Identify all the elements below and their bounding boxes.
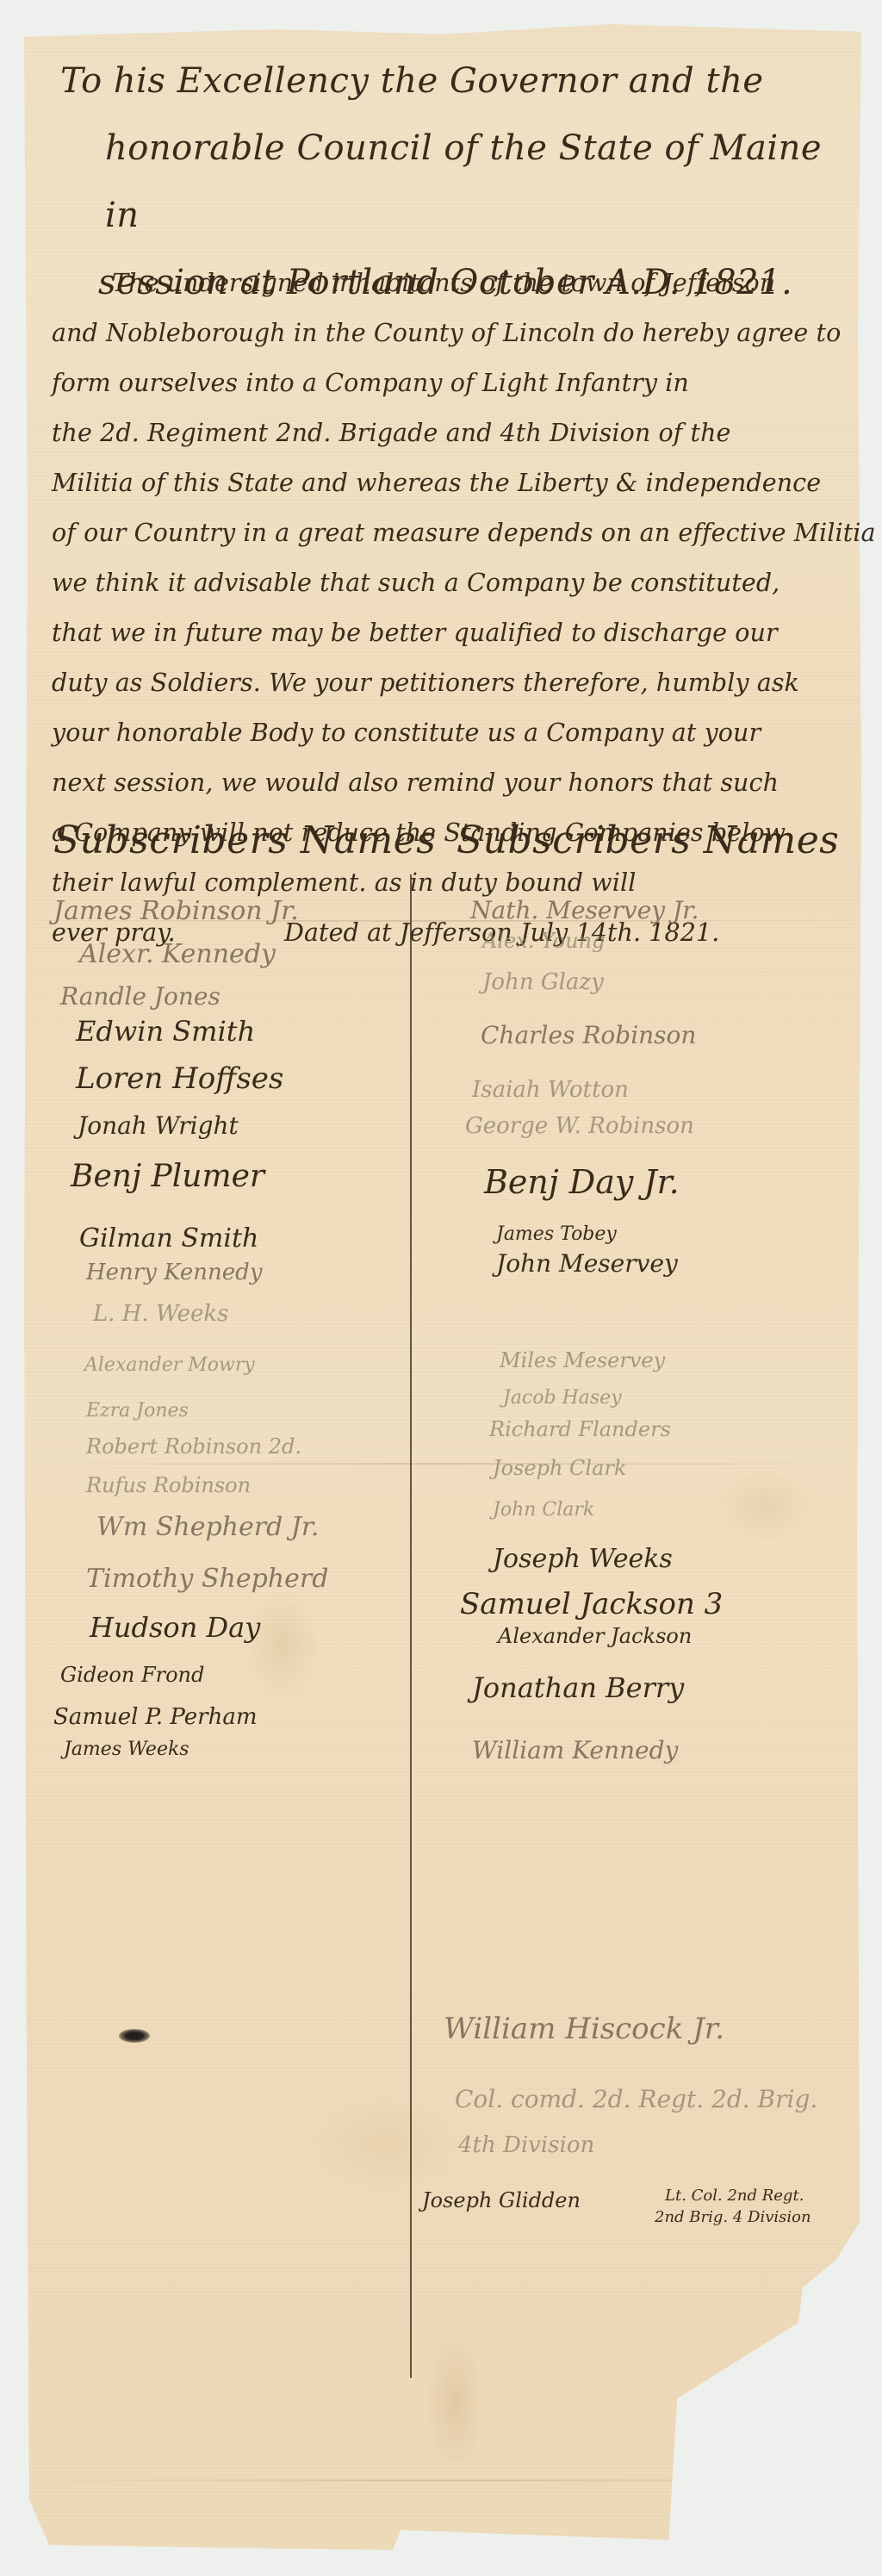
column-divider	[410, 874, 412, 2378]
ink-blot	[119, 2029, 150, 2043]
subscriber-name: John Meservey	[496, 1249, 678, 1278]
address-line: To his Excellency the Governor and the	[52, 47, 844, 115]
body-line: of our Country in a great measure depend…	[52, 508, 844, 558]
paper-fold	[24, 2480, 861, 2481]
officer-2-title-line2: 2nd Brig. 4 Division	[655, 2208, 811, 2226]
subscriber-name: Joseph Clark	[493, 1456, 626, 1480]
body-line: the 2d. Regiment 2nd. Brigade and 4th Di…	[52, 408, 844, 458]
subscriber-name: William Kennedy	[472, 1736, 678, 1764]
subscriber-name: Isaiah Wotton	[472, 1077, 629, 1103]
subscriber-name: John Clark	[493, 1499, 594, 1521]
subscriber-name: James Tobey	[496, 1223, 617, 1245]
subscriber-name: Miles Meservey	[500, 1348, 665, 1372]
subscriber-name: Wm Shepherd Jr.	[96, 1512, 319, 1542]
subscriber-name: Edwin Smith	[76, 1015, 255, 1048]
subscriber-name: Jacob Hasey	[503, 1387, 622, 1409]
address-line-2: honorable Council of the State of Maine …	[105, 128, 822, 235]
subscriber-name: Benj Plumer	[71, 1159, 264, 1194]
subscriber-name: George W. Robinson	[465, 1113, 694, 1139]
subscriber-name: Hudson Day	[90, 1611, 260, 1644]
subscriber-name: Richard Flanders	[489, 1417, 671, 1441]
body-line: duty as Soldiers. We your petitioners th…	[52, 658, 844, 708]
body-line: form ourselves into a Company of Light I…	[52, 358, 844, 408]
subscribers-header-right: Subscribers Names	[457, 818, 839, 862]
subscriber-name: Alexr. Kennedy	[79, 939, 276, 969]
subscriber-name: Alexander Mowry	[84, 1354, 255, 1376]
address-line-1: To his Excellency the Governor and the	[60, 61, 764, 101]
subscriber-name: Samuel P. Perham	[53, 1704, 257, 1730]
subscriber-name: Alexander Jackson	[498, 1624, 692, 1648]
subscriber-name: John Glazy	[482, 969, 604, 995]
subscriber-name: Jonah Wright	[78, 1111, 239, 1140]
subscriber-name: Randle Jones	[60, 982, 220, 1011]
subscriber-name: Jonathan Berry	[472, 1671, 684, 1704]
subscriber-name: Ezra Jones	[86, 1400, 189, 1422]
officer-2-name: Joseph Glidden	[422, 2188, 581, 2212]
subscriber-name: James Weeks	[64, 1739, 189, 1760]
body-line: that we in future may be better qualifie…	[52, 608, 844, 658]
paper-fold	[24, 1463, 861, 1465]
subscriber-name: Alex. Young	[482, 929, 606, 953]
subscriber-name: Charles Robinson	[481, 1021, 696, 1049]
subscriber-name: Henry Kennedy	[86, 1260, 263, 1285]
body-line: and Nobleborough in the County of Lincol…	[52, 308, 844, 358]
body-line: your honorable Body to constitute us a C…	[52, 708, 844, 758]
subscriber-name: Samuel Jackson 3	[460, 1587, 723, 1621]
subscriber-name: Gideon Frond	[60, 1663, 204, 1687]
body-line: The undersigned inhabitants of the town …	[52, 258, 844, 308]
subscriber-name: Gilman Smith	[79, 1223, 258, 1254]
subscriber-name: Nath. Meservey Jr.	[470, 896, 699, 924]
officer-1-title-line2: 4th Division	[458, 2132, 594, 2158]
subscriber-name: Joseph Weeks	[493, 1544, 673, 1574]
subscriber-name: Timothy Shepherd	[86, 1564, 328, 1594]
officer-2-title-line1: Lt. Col. 2nd Regt.	[665, 2187, 804, 2205]
subscriber-name: Benj Day Jr.	[484, 1163, 680, 1201]
body-line: we think it advisable that such a Compan…	[52, 558, 844, 608]
subscriber-name: James Robinson Jr.	[53, 896, 299, 926]
subscriber-name: Rufus Robinson	[86, 1473, 251, 1497]
subscriber-name: Robert Robinson 2d.	[86, 1434, 301, 1459]
officer-1-title-line1: Col. comd. 2d. Regt. 2d. Brig.	[455, 2085, 817, 2113]
subscribers-header-left: Subscribers Names	[53, 818, 436, 862]
officer-1-name: William Hiscock Jr.	[444, 2012, 724, 2046]
subscriber-name: L. H. Weeks	[93, 1301, 228, 1327]
subscriber-name: Loren Hoffses	[76, 1061, 283, 1096]
address-line: honorable Council of the State of Maine …	[52, 115, 844, 249]
body-line: Militia of this State and whereas the Li…	[52, 458, 844, 508]
body-line: next session, we would also remind your …	[52, 758, 844, 808]
